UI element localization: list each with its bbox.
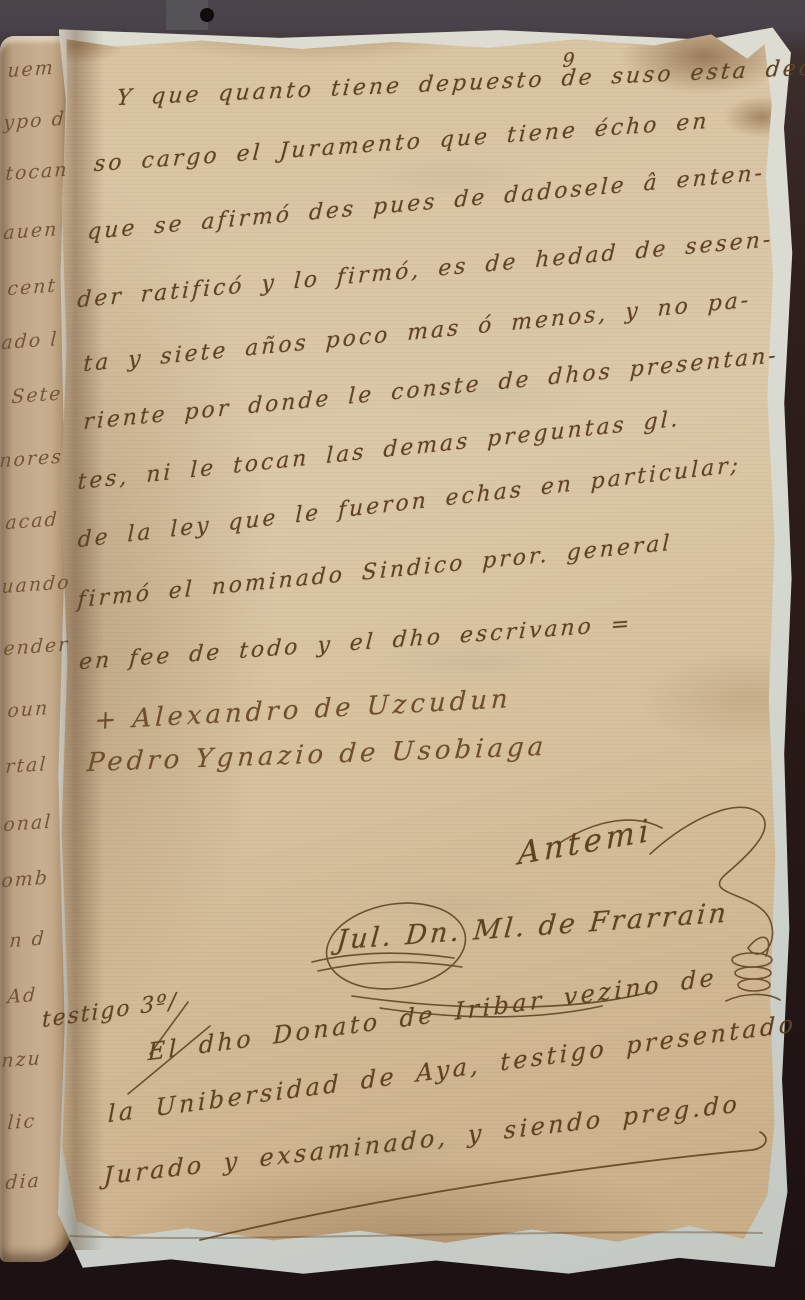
page-fragment: Sete bbox=[11, 382, 63, 408]
page-fragment: ado l bbox=[1, 328, 59, 354]
page-fragment: tocan bbox=[5, 159, 69, 186]
page-fragment: Ad bbox=[7, 984, 38, 1008]
page-fragment: auen bbox=[3, 218, 59, 244]
page-fragment: rtal bbox=[5, 753, 48, 778]
stand-knob bbox=[200, 8, 214, 22]
page-fragment: n d bbox=[9, 927, 47, 952]
page-fragment: nores bbox=[0, 446, 64, 473]
page-fragment: uem bbox=[7, 57, 56, 82]
page-fragment: ypo d bbox=[3, 108, 67, 134]
page-fragment: ender bbox=[3, 633, 70, 660]
page-fragment: nzu bbox=[1, 1047, 43, 1072]
page-fragment: dia bbox=[5, 1170, 42, 1195]
page-fragment: acad bbox=[5, 508, 59, 534]
page-fragment: onal bbox=[3, 811, 53, 837]
page-fragment: cent bbox=[7, 275, 58, 301]
copy-stand-post bbox=[166, 0, 208, 30]
page-fragment: lic bbox=[7, 1110, 37, 1134]
manuscript-photo: uem ypo d tocan auen cent ado l Sete nor… bbox=[0, 0, 805, 1300]
page-fragment: oun bbox=[7, 697, 50, 722]
page-fragment: omb bbox=[1, 867, 50, 892]
